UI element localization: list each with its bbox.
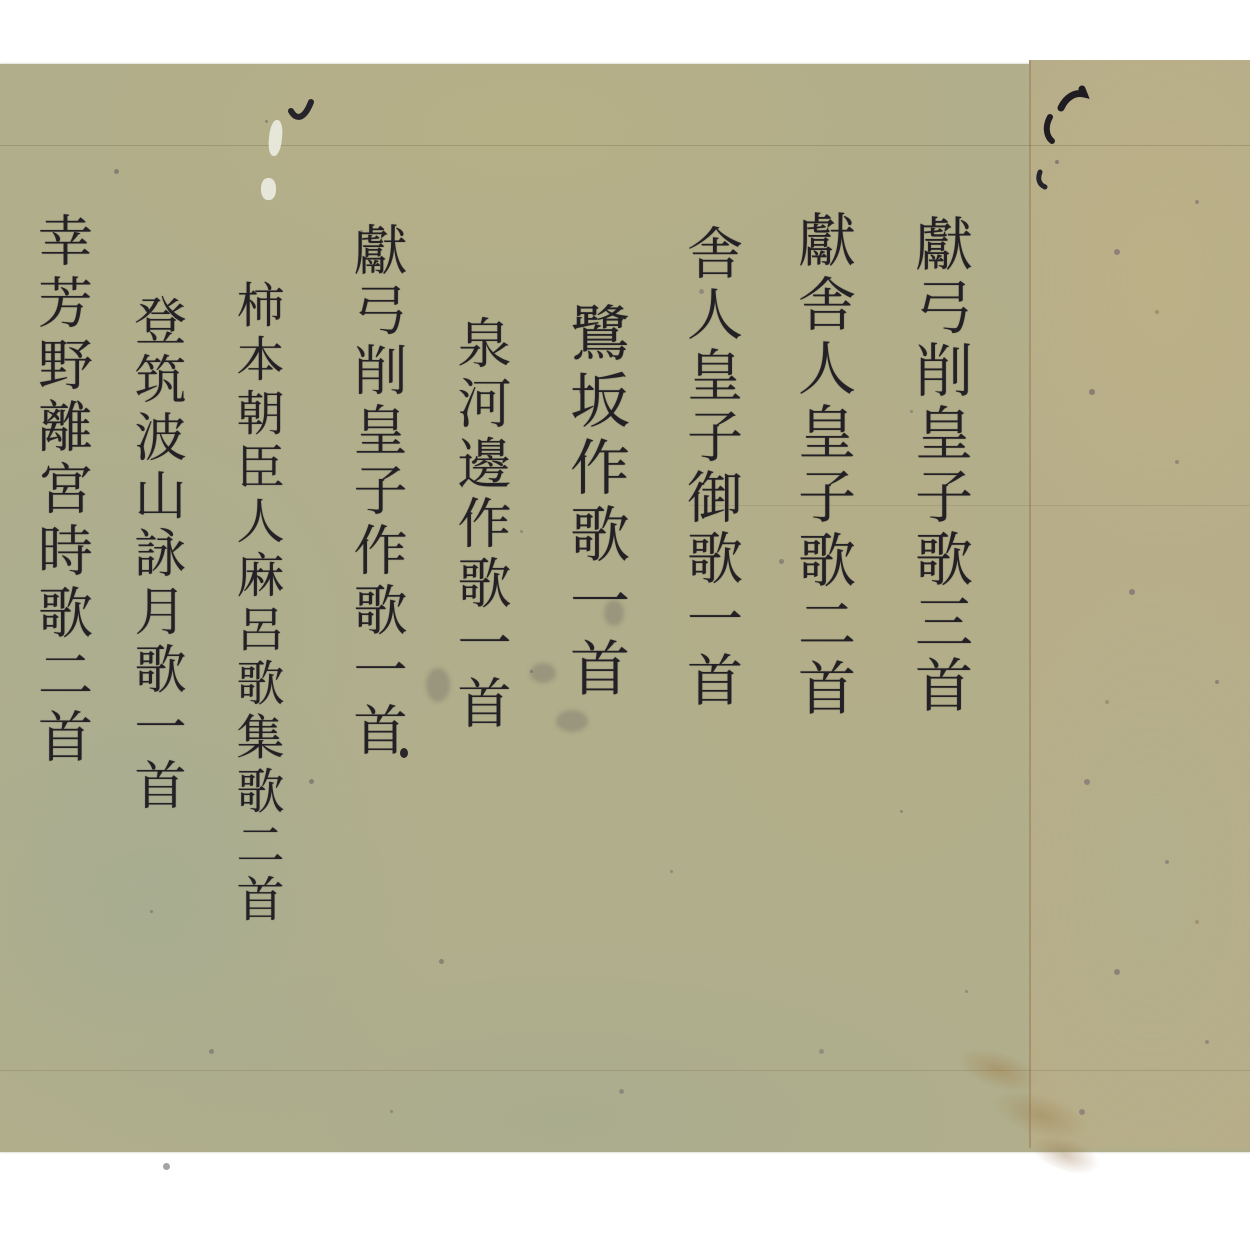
text-column-7: 柿本朝臣人麻呂歌集歌二首: [222, 280, 291, 928]
manuscript-photo: 獻弓削皇子歌三首 獻舎人皇子歌二首 舎人皇子御歌一首 鷺坂作歌一首 泉河邊作歌一…: [0, 0, 1250, 1246]
paper-speckles: [1055, 160, 1059, 164]
text-column-5: 泉河邊作歌一首: [442, 315, 519, 735]
paper-crease: [0, 145, 1250, 146]
text-column-1: 獻弓削皇子歌三首: [897, 214, 981, 718]
paper-seam-strip: [1029, 60, 1250, 1148]
white-out-streak: [261, 178, 276, 200]
text-column-6: 獻弓削皇子作歌一首: [338, 222, 415, 762]
text-column-9: 幸芳野離宮時歌二首: [22, 212, 101, 770]
text-column-4: 鷺坂作歌一首: [552, 302, 638, 704]
text-column-2: 獻舎人皇子歌二首: [780, 210, 864, 722]
text-column-3: 舎人皇子御歌一首: [670, 224, 750, 712]
ink-dot: [400, 748, 408, 758]
ink-smudge: [556, 710, 588, 732]
text-column-8: 登筑波山詠月歌一首: [118, 294, 193, 816]
